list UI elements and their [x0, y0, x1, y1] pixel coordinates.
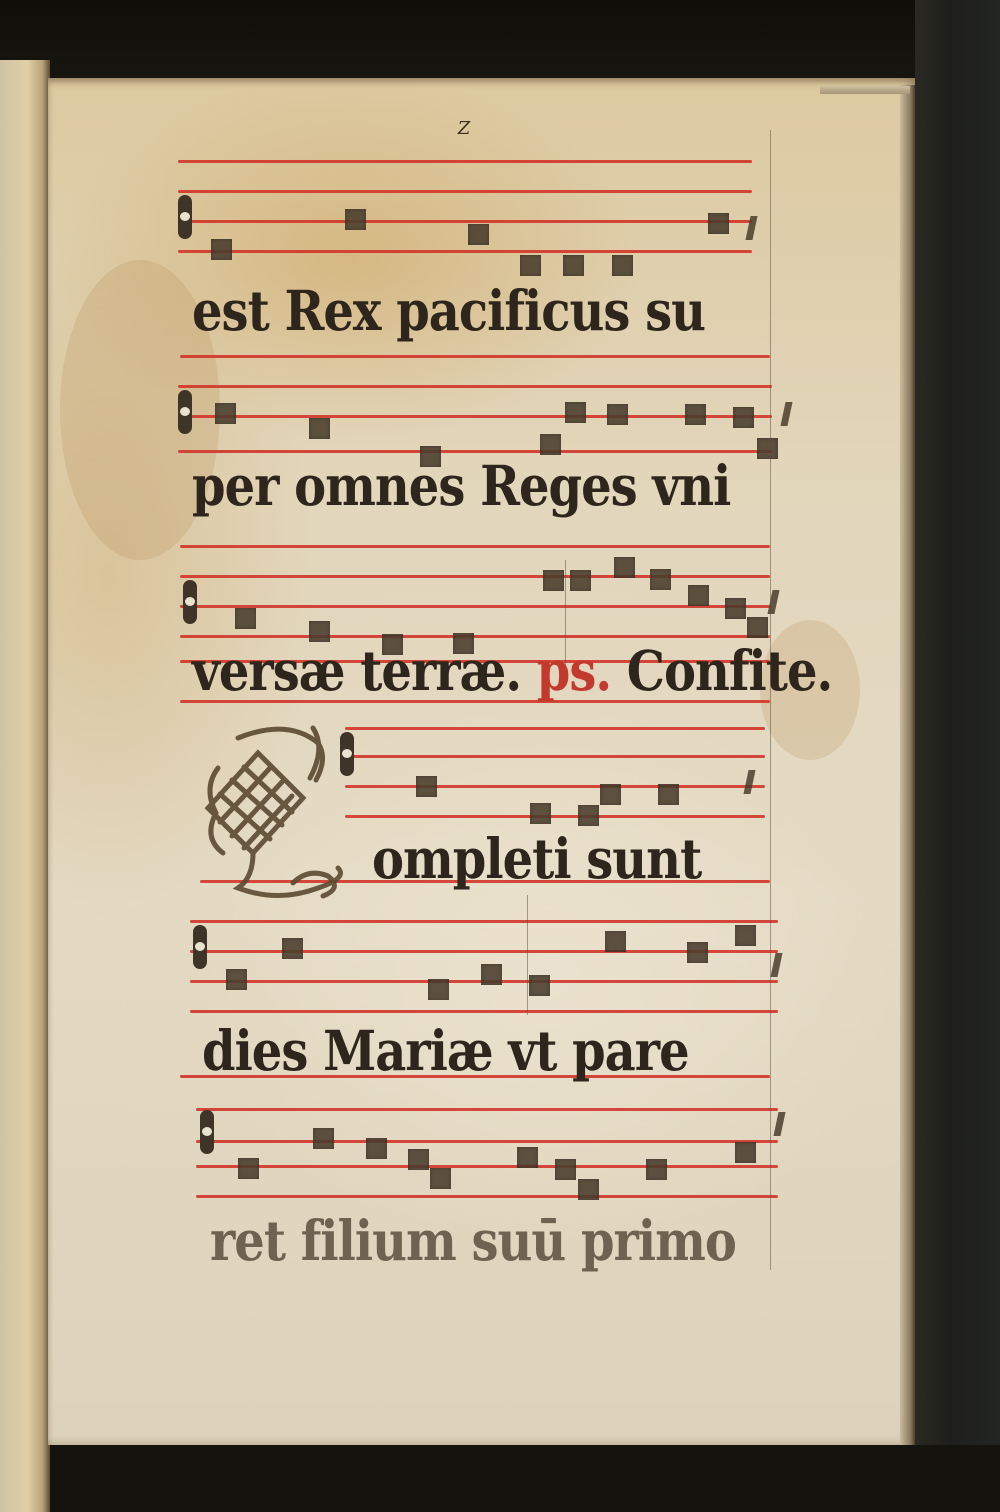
staff-line — [178, 160, 752, 163]
page-edge-right — [900, 85, 915, 1445]
square-neume — [238, 1158, 259, 1179]
lyric-line-6: ret filium suū primo — [210, 1210, 736, 1274]
square-neume — [563, 255, 584, 276]
ruling-line — [527, 895, 528, 1015]
staff-line — [180, 635, 770, 638]
staff-line — [345, 785, 765, 788]
square-neume — [605, 931, 626, 952]
staff-line — [178, 450, 772, 453]
square-neume — [215, 403, 236, 424]
square-neume — [416, 776, 437, 797]
square-neume — [733, 407, 754, 428]
square-neume — [226, 969, 247, 990]
square-neume — [607, 404, 628, 425]
square-neume — [282, 938, 303, 959]
lyric-line-3: versæ terræ. ps. Confite. — [192, 640, 832, 704]
lyric-line-2: per omnes Reges vni — [192, 455, 730, 519]
staff-line — [178, 385, 772, 388]
square-neume — [543, 570, 564, 591]
square-neume — [530, 803, 551, 824]
staff-line — [196, 1195, 778, 1198]
square-neume — [735, 1142, 756, 1163]
square-neume — [578, 805, 599, 826]
lyric-segment: per omnes Reges vni — [192, 455, 730, 519]
lyric-line-5: dies Mariæ vt pare — [202, 1020, 689, 1084]
square-neume — [345, 209, 366, 230]
square-neume — [658, 784, 679, 805]
c-clef-icon — [178, 195, 192, 239]
staff-line — [180, 355, 770, 358]
staff-line — [345, 727, 765, 730]
staff-line — [178, 250, 752, 253]
staff-line — [178, 415, 772, 418]
staff-line — [178, 220, 752, 223]
staff-line — [180, 545, 770, 548]
c-clef-icon — [193, 925, 207, 969]
square-neume — [517, 1147, 538, 1168]
square-neume — [600, 784, 621, 805]
square-neume — [520, 255, 541, 276]
square-neume — [428, 979, 449, 1000]
c-clef-icon — [183, 580, 197, 624]
c-clef-icon — [200, 1110, 214, 1154]
square-neume — [529, 975, 550, 996]
square-neume — [468, 224, 489, 245]
backdrop-right — [915, 0, 1000, 1512]
staff-line — [345, 815, 765, 818]
square-neume — [708, 213, 729, 234]
square-neume — [725, 598, 746, 619]
lyric-segment: est Rex pacificus su — [192, 280, 705, 344]
page-edge-top — [820, 86, 910, 94]
staff-line — [196, 1108, 778, 1111]
square-neume — [481, 964, 502, 985]
facing-page-edge — [0, 60, 50, 1512]
lyric-segment: versæ terræ. — [192, 640, 537, 704]
c-clef-icon — [178, 390, 192, 434]
square-neume — [430, 1168, 451, 1189]
lyric-line-1: est Rex pacificus su — [192, 280, 705, 344]
square-neume — [650, 569, 671, 590]
square-neume — [235, 608, 256, 629]
square-neume — [366, 1138, 387, 1159]
square-neume — [313, 1128, 334, 1149]
square-neume — [735, 925, 756, 946]
square-neume — [408, 1149, 429, 1170]
square-neume — [646, 1159, 667, 1180]
square-neume — [687, 942, 708, 963]
staff-line — [345, 755, 765, 758]
lyric-segment: ompleti sunt — [372, 828, 701, 892]
staff-line — [190, 920, 778, 923]
lyric-line-4: ompleti sunt — [372, 828, 701, 892]
square-neume — [685, 404, 706, 425]
staff-line — [180, 575, 770, 578]
square-neume — [540, 434, 561, 455]
backdrop-bottom — [0, 1445, 1000, 1512]
lyric-segment: dies Mariæ vt pare — [202, 1020, 689, 1084]
staff-line — [190, 1010, 778, 1013]
staff-line — [196, 1165, 778, 1168]
decorated-initial-c-icon — [198, 718, 348, 903]
lyric-segment: ret filium suū primo — [210, 1210, 736, 1274]
square-neume — [747, 617, 768, 638]
backdrop-top — [0, 0, 1000, 80]
square-neume — [757, 438, 778, 459]
square-neume — [614, 557, 635, 578]
lyric-segment: Confite. — [611, 640, 832, 704]
square-neume — [578, 1179, 599, 1200]
square-neume — [555, 1159, 576, 1180]
square-neume — [211, 239, 232, 260]
staff-line — [178, 190, 752, 193]
folio-number: Z — [450, 118, 478, 140]
square-neume — [309, 418, 330, 439]
rubric-psalm-marker: ps. — [537, 640, 611, 704]
square-neume — [612, 255, 633, 276]
square-neume — [565, 402, 586, 423]
square-neume — [688, 585, 709, 606]
staff-line — [180, 605, 770, 608]
staff-line — [196, 1140, 778, 1143]
square-neume — [570, 570, 591, 591]
